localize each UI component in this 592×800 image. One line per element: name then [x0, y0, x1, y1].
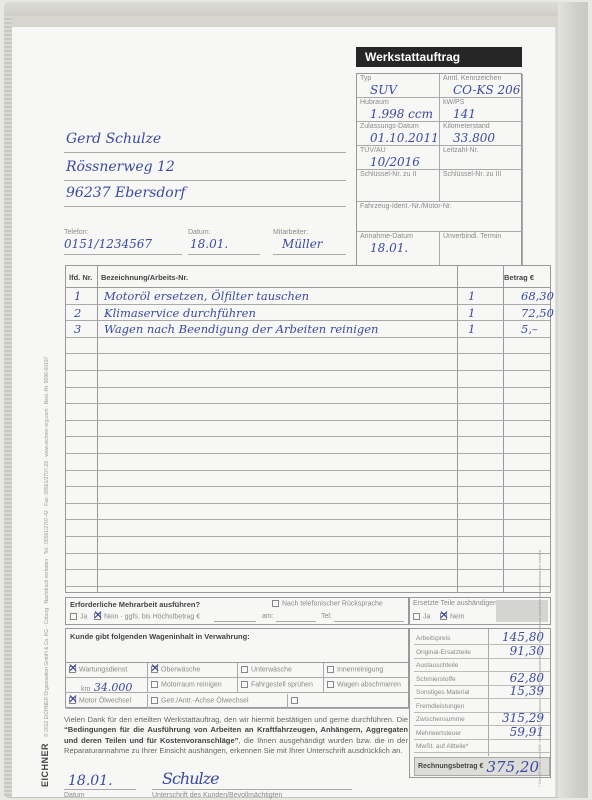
vehicle-field-label: Hubraum — [360, 99, 436, 107]
cell-nr: 1 — [74, 288, 81, 304]
services-grid: WartungsdienstOberwäscheUnterwäscheInnen… — [66, 662, 410, 709]
service-label: Wartungsdienst — [79, 666, 127, 673]
replaced-parts-title: Ersetzte Teile aushändigen — [413, 600, 497, 607]
grand-total-row: Rechnungsbetrag € 375,20 — [414, 757, 550, 776]
cell-amount: 68,30 — [521, 288, 554, 304]
service-label: Motor Ölwechsel — [79, 697, 131, 704]
vehicle-field-label: Schlüssel-Nr. zu II — [360, 171, 436, 179]
totals-label: Original-Ersatzteile — [416, 649, 471, 656]
signature-line — [152, 789, 352, 790]
publisher-logo: EICHNER — [40, 743, 50, 787]
additional-work-title: Erforderliche Mehrarbeit ausführen? — [70, 600, 200, 609]
date-line — [188, 254, 260, 255]
service-option[interactable]: Innenreinigung — [324, 663, 410, 678]
service-checkbox[interactable] — [241, 681, 248, 688]
col-header-amount: Betrag € — [504, 273, 534, 282]
side-print-left: EICHNER© 2012 EICHNER Organisation GmbH … — [40, 357, 50, 787]
employee-value[interactable]: Müller — [282, 237, 323, 251]
cell-nr: 3 — [74, 321, 81, 337]
tel-label: Tel: — [321, 613, 332, 620]
additional-work-box: Erforderliche Mehrarbeit ausführen? Nach… — [65, 597, 409, 625]
totals-row: Mehrwertsteuer59,91 — [414, 727, 550, 740]
table-row[interactable] — [66, 338, 550, 355]
grand-total-label: Rechnungsbetrag € — [418, 763, 483, 770]
table-row[interactable] — [66, 388, 550, 405]
service-option[interactable]: Motorraum reinigen — [148, 678, 238, 693]
service-checkbox[interactable] — [69, 666, 76, 673]
table-row[interactable] — [66, 371, 550, 388]
additional-work-no[interactable]: Nein · ggfs. bis Höchstbetrag € — [94, 613, 200, 620]
items-table-header: lfd. Nr. Bezeichnung/Arbeits-Nr. Betrag … — [66, 266, 550, 288]
vehicle-field-label: Leitzahl-Nr. — [443, 147, 519, 155]
table-row[interactable] — [66, 554, 550, 571]
service-label: Innenreinigung — [337, 666, 383, 673]
vehicle-field-label: Zulassungs-Datum — [360, 123, 436, 131]
service-km-label: km — [81, 686, 90, 693]
additional-work-no-checkbox[interactable] — [94, 613, 101, 620]
service-checkbox[interactable] — [151, 697, 158, 704]
table-row[interactable] — [66, 404, 550, 421]
vehicle-field-label: Amtl. Kennzeichen — [443, 75, 519, 83]
vehicle-field[interactable]: TypSUV — [357, 74, 440, 98]
vehicle-field-label: Schlüssel-Nr. zu III — [443, 171, 519, 179]
vehicle-field-value[interactable]: 01.10.2011 — [360, 131, 436, 145]
totals-label: Austauschteile — [416, 662, 458, 669]
service-option[interactable]: Motor Ölwechsel — [66, 694, 148, 709]
service-checkbox[interactable] — [327, 681, 334, 688]
cell-qty: 1 — [468, 305, 475, 321]
vehicle-field-label: Fahrzeug-Ident.-Nr./Motor-Nr. — [360, 203, 519, 211]
vehicle-field-label: kW/PS — [443, 99, 519, 107]
vehicle-field[interactable]: Zulassungs-Datum01.10.2011 — [357, 122, 440, 146]
totals-label: Schmierstoffe — [416, 676, 456, 683]
table-row[interactable] — [66, 520, 550, 537]
totals-label: Zwischensumme — [416, 716, 465, 723]
vehicle-field[interactable]: Hubraum1.998 ccm — [357, 98, 440, 122]
vehicle-field-value[interactable]: 18.01. — [360, 241, 436, 255]
totals-row: MwSt. auf Altteile* — [414, 740, 550, 753]
signature-date-label: Datum — [64, 792, 85, 799]
service-label: Oberwäsche — [161, 666, 200, 673]
phone-label: Telefon: — [64, 229, 89, 236]
service-option[interactable]: Unterwäsche — [238, 663, 324, 678]
address-line — [64, 206, 346, 207]
on-line — [276, 621, 316, 622]
date-value[interactable]: 18.01. — [190, 237, 228, 251]
table-row[interactable] — [66, 437, 550, 454]
table-row[interactable] — [66, 570, 550, 587]
workshop-order-form: Werkstattauftrag TypSUVAmtl. Kennzeichen… — [12, 27, 555, 797]
signature-label: Unterschrift des Kunden/Bevollmächtigten — [152, 792, 282, 799]
replaced-parts-no[interactable]: Nein — [440, 613, 464, 620]
signature-date-line — [64, 789, 136, 790]
signature-date[interactable]: 18.01. — [68, 773, 113, 789]
table-row[interactable] — [66, 471, 550, 488]
sleeve-right-edge — [558, 2, 588, 798]
vehicle-field-value[interactable]: 10/2016 — [360, 155, 436, 169]
service-checkbox[interactable] — [327, 666, 334, 673]
address-line — [64, 152, 346, 153]
phone-consult-checkbox[interactable] — [272, 600, 279, 607]
vehicle-info-grid: TypSUVAmtl. KennzeichenCO-KS 206Hubraum1… — [356, 73, 522, 276]
table-row[interactable] — [66, 537, 550, 554]
service-checkbox[interactable] — [151, 666, 158, 673]
col-header-description: Bezeichnung/Arbeits-Nr. — [101, 273, 188, 282]
date-label: Datum: — [188, 229, 211, 236]
car-contents-title: Kunde gibt folgenden Wageninhalt in Verw… — [70, 632, 250, 641]
vehicle-field-label: Typ — [360, 75, 436, 83]
terms-text: Vielen Dank für den erteilten Werkstatta… — [64, 715, 408, 756]
service-label: Wagen abschmieren — [337, 681, 401, 688]
customer-street[interactable]: Rössnerweg 12 — [66, 159, 175, 175]
side-print-right: * Gemäß Erlaß des BMF vom 12.12.1988 müs… — [537, 549, 542, 787]
on-label: am: — [262, 613, 274, 620]
vehicle-field[interactable]: Leitzahl-Nr. — [440, 146, 523, 170]
table-row[interactable] — [66, 421, 550, 438]
sleeve-top-edge — [4, 2, 588, 16]
vehicle-field-label: Kilometerstand — [443, 123, 519, 131]
employee-line — [273, 254, 346, 255]
service-label: Motorraum reinigen — [161, 681, 222, 688]
additional-work-yes[interactable]: Ja — [70, 613, 87, 620]
table-row[interactable]: 3Wagen nach Beendigung der Arbeiten rein… — [66, 321, 550, 338]
service-option[interactable]: Oberwäsche — [148, 663, 238, 678]
table-row[interactable] — [66, 504, 550, 521]
vehicle-field[interactable]: Kilometerstand33.800 — [440, 122, 523, 146]
customer-signature[interactable]: Schulze — [162, 769, 219, 788]
col-header-nr: lfd. Nr. — [69, 273, 92, 282]
vehicle-field-value[interactable]: SUV — [360, 83, 436, 97]
vehicle-field-value[interactable]: 33.800 — [443, 131, 519, 145]
totals-label: Mehrwertsteuer — [416, 730, 461, 737]
vehicle-field-value[interactable]: CO-KS 206 — [443, 83, 519, 97]
cell-qty: 1 — [468, 321, 475, 337]
totals-box: Rechnungsbetrag € 375,20 Arbeitspreis145… — [409, 628, 551, 778]
totals-label: Sonstiges Material — [416, 689, 469, 696]
customer-city[interactable]: 96237 Ebersdorf — [66, 185, 186, 201]
service-checkbox[interactable] — [241, 666, 248, 673]
replaced-parts-yes-checkbox[interactable] — [413, 613, 420, 620]
service-option[interactable]: Getr./Antr.-Achse Ölwechsel — [148, 694, 288, 709]
vehicle-field[interactable]: TÜV/AU10/2016 — [357, 146, 440, 170]
form-title: Werkstattauftrag — [356, 47, 522, 67]
vehicle-field-label: Annahme-Datum — [360, 233, 436, 241]
service-option[interactable]: Fahrgestell sprühen — [238, 678, 324, 693]
tel-line — [334, 621, 404, 622]
cell-description: Wagen nach Beendigung der Arbeiten reini… — [104, 321, 378, 337]
sleeve-left-edge — [4, 16, 12, 796]
replaced-parts-box: Ersetzte Teile aushändigen Ja Nein — [409, 597, 551, 625]
phone-line — [64, 254, 182, 255]
vehicle-field[interactable]: Amtl. KennzeichenCO-KS 206 — [440, 74, 523, 98]
totals-label: Fremdleistungen — [416, 703, 464, 710]
phone-value[interactable]: 0151/1234567 — [64, 237, 152, 251]
customer-name[interactable]: Gerd Schulze — [66, 131, 161, 147]
vehicle-field[interactable]: Schlüssel-Nr. zu II — [357, 170, 440, 202]
table-row[interactable]: 2Klimaservice durchführen172,50 — [66, 305, 550, 322]
totals-row: Original-Ersatzteile91,30 — [414, 646, 550, 659]
service-km-field[interactable]: km 34.000 — [66, 678, 148, 693]
table-row[interactable]: 1Motoröl ersetzen, Ölfilter tauschen168,… — [66, 288, 550, 305]
totals-row: Sonstiges Material15,39 — [414, 686, 550, 699]
service-option[interactable] — [288, 694, 410, 709]
service-checkbox[interactable] — [151, 681, 158, 688]
table-row[interactable] — [66, 454, 550, 471]
vehicle-field[interactable]: Schlüssel-Nr. zu III — [440, 170, 523, 202]
totals-label: Arbeitspreis — [416, 635, 450, 642]
service-option[interactable]: Wagen abschmieren — [324, 678, 410, 693]
service-label: Unterwäsche — [251, 666, 292, 673]
replaced-parts-no-checkbox[interactable] — [440, 613, 447, 620]
service-checkbox[interactable] — [69, 697, 76, 704]
vehicle-field[interactable]: Fahrzeug-Ident.-Nr./Motor-Nr. — [357, 202, 523, 232]
phone-consult-option[interactable]: Nach telefonischer Rücksprache — [272, 600, 383, 607]
replaced-parts-yes[interactable]: Ja — [413, 613, 430, 620]
service-option[interactable]: Wartungsdienst — [66, 663, 148, 678]
additional-work-yes-checkbox[interactable] — [70, 613, 77, 620]
vehicle-field-label: Unverbindl. Termin — [443, 233, 519, 241]
service-label: Getr./Antr.-Achse Ölwechsel — [161, 697, 249, 704]
service-checkbox[interactable] — [291, 697, 298, 704]
service-label: Fahrgestell sprühen — [251, 681, 313, 688]
items-table: lfd. Nr. Bezeichnung/Arbeits-Nr. Betrag … — [65, 265, 551, 593]
table-row[interactable] — [66, 487, 550, 504]
grand-total-value[interactable]: 375,20 — [487, 758, 540, 776]
vehicle-field[interactable]: kW/PS141 — [440, 98, 523, 122]
cell-amount: 5,– — [521, 321, 538, 337]
cell-description: Klimaservice durchführen — [104, 305, 256, 321]
cell-amount: 72,50 — [521, 305, 554, 321]
max-amount-line — [214, 621, 256, 622]
cell-nr: 2 — [74, 305, 81, 321]
address-line — [64, 180, 346, 181]
employee-label: Mitarbeiter: — [273, 229, 308, 236]
car-contents-box: Kunde gibt folgenden Wageninhalt in Verw… — [65, 628, 409, 708]
cell-qty: 1 — [468, 288, 475, 304]
totals-label: MwSt. auf Altteile* — [416, 743, 468, 750]
vehicle-field-value[interactable]: 1.998 ccm — [360, 107, 436, 121]
cell-description: Motoröl ersetzen, Ölfilter tauschen — [104, 288, 309, 304]
vehicle-field-value[interactable]: 141 — [443, 107, 519, 121]
table-row[interactable] — [66, 354, 550, 371]
vehicle-field-label: TÜV/AU — [360, 147, 436, 155]
service-km-value[interactable]: 34.000 — [90, 681, 132, 694]
